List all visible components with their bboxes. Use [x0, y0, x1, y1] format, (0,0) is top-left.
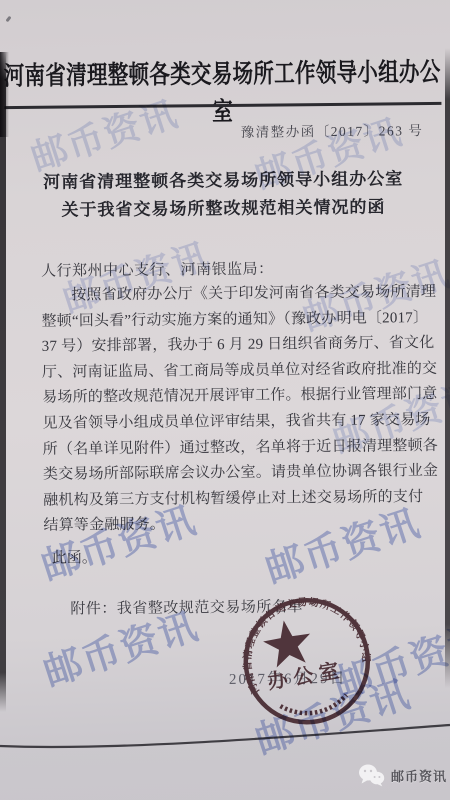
wechat-icon — [358, 763, 385, 787]
brand-footer: 邮币资讯 — [358, 763, 447, 787]
body-line: 类交易场所部际联席会议办公室。请贵单位协调各银行业金 — [43, 459, 416, 488]
left-photo-edge-dark — [0, 52, 9, 137]
brand-name: 邮币资讯 — [391, 766, 447, 785]
body-line: 厅、河南证监局、省工商局等成员单位对经省政府批准的交 — [42, 357, 415, 386]
left-photo-edge — [0, 52, 6, 712]
letter-title-line2: 关于我省交易场所整改规范相关情况的函 — [0, 193, 449, 225]
letter-title: 河南省清理整顿各类交易场所领导小组办公室 关于我省交易场所整改规范相关情况的函 — [0, 165, 449, 225]
right-photo-edge — [445, 48, 450, 688]
document-photo: 河南省清理整顿各类交易场所工作领导小组办公室 豫清整办函〔2017〕263 号 … — [0, 0, 450, 800]
body-line: 37 号）安排部署，我办于 6 月 29 日组织省商务厅、省文化 — [42, 331, 415, 360]
